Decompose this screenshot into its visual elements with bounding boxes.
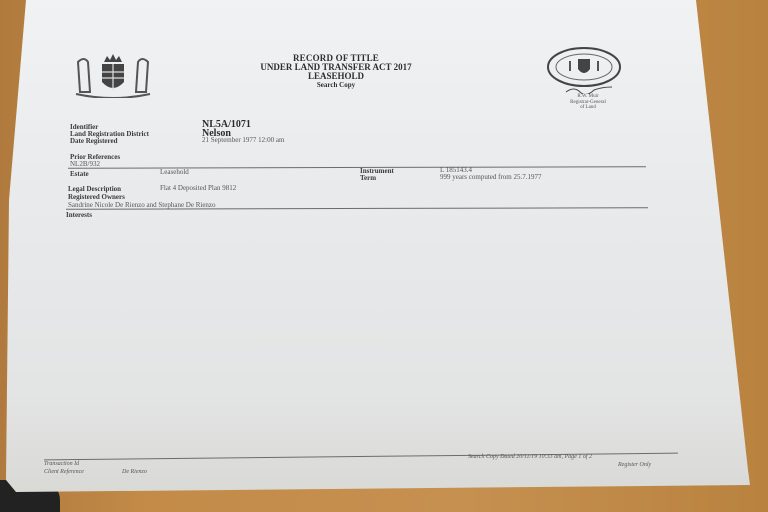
registered-owners-label: Registered Owners	[68, 194, 125, 201]
estate-value: Leasehold	[160, 169, 189, 176]
legal-description-value: Flat 4 Deposited Plan 9812	[160, 185, 236, 192]
search-copy-dated: Search Copy Dated 20/11/19 10:33 am, Pag…	[468, 454, 592, 460]
registrar-title-2: of Land	[544, 105, 632, 111]
interests-label: Interests	[66, 212, 92, 219]
client-reference-value: De Rienzo	[122, 469, 147, 475]
registrar-caption: R.W. Muir Registrar-General of Land	[544, 94, 632, 111]
client-reference-label: Client Reference	[44, 469, 84, 475]
nz-coat-of-arms-icon	[68, 50, 158, 98]
date-registered-value: 21 September 1977 12:00 am	[202, 137, 284, 144]
divider	[66, 207, 648, 210]
record-of-title-document: RECORD OF TITLE UNDER LAND TRANSFER ACT …	[6, 0, 750, 492]
divider	[68, 166, 646, 169]
signature-icon	[564, 86, 614, 94]
term-label: Term	[360, 175, 376, 182]
legal-description-label: Legal Description	[68, 186, 121, 193]
transaction-id-label: Transaction Id	[44, 461, 79, 467]
estate-label: Estate	[70, 171, 89, 178]
title-line-3: LEASEHOLD	[211, 72, 461, 81]
term-value: 999 years computed from 25.7.1977	[440, 174, 541, 181]
document-heading: RECORD OF TITLE UNDER LAND TRANSFER ACT …	[211, 54, 461, 90]
registrar-seal-icon	[546, 47, 622, 87]
title-line-4: Search Copy	[211, 81, 461, 90]
register-only: Register Only	[618, 462, 651, 468]
date-registered-label: Date Registered	[70, 138, 118, 145]
